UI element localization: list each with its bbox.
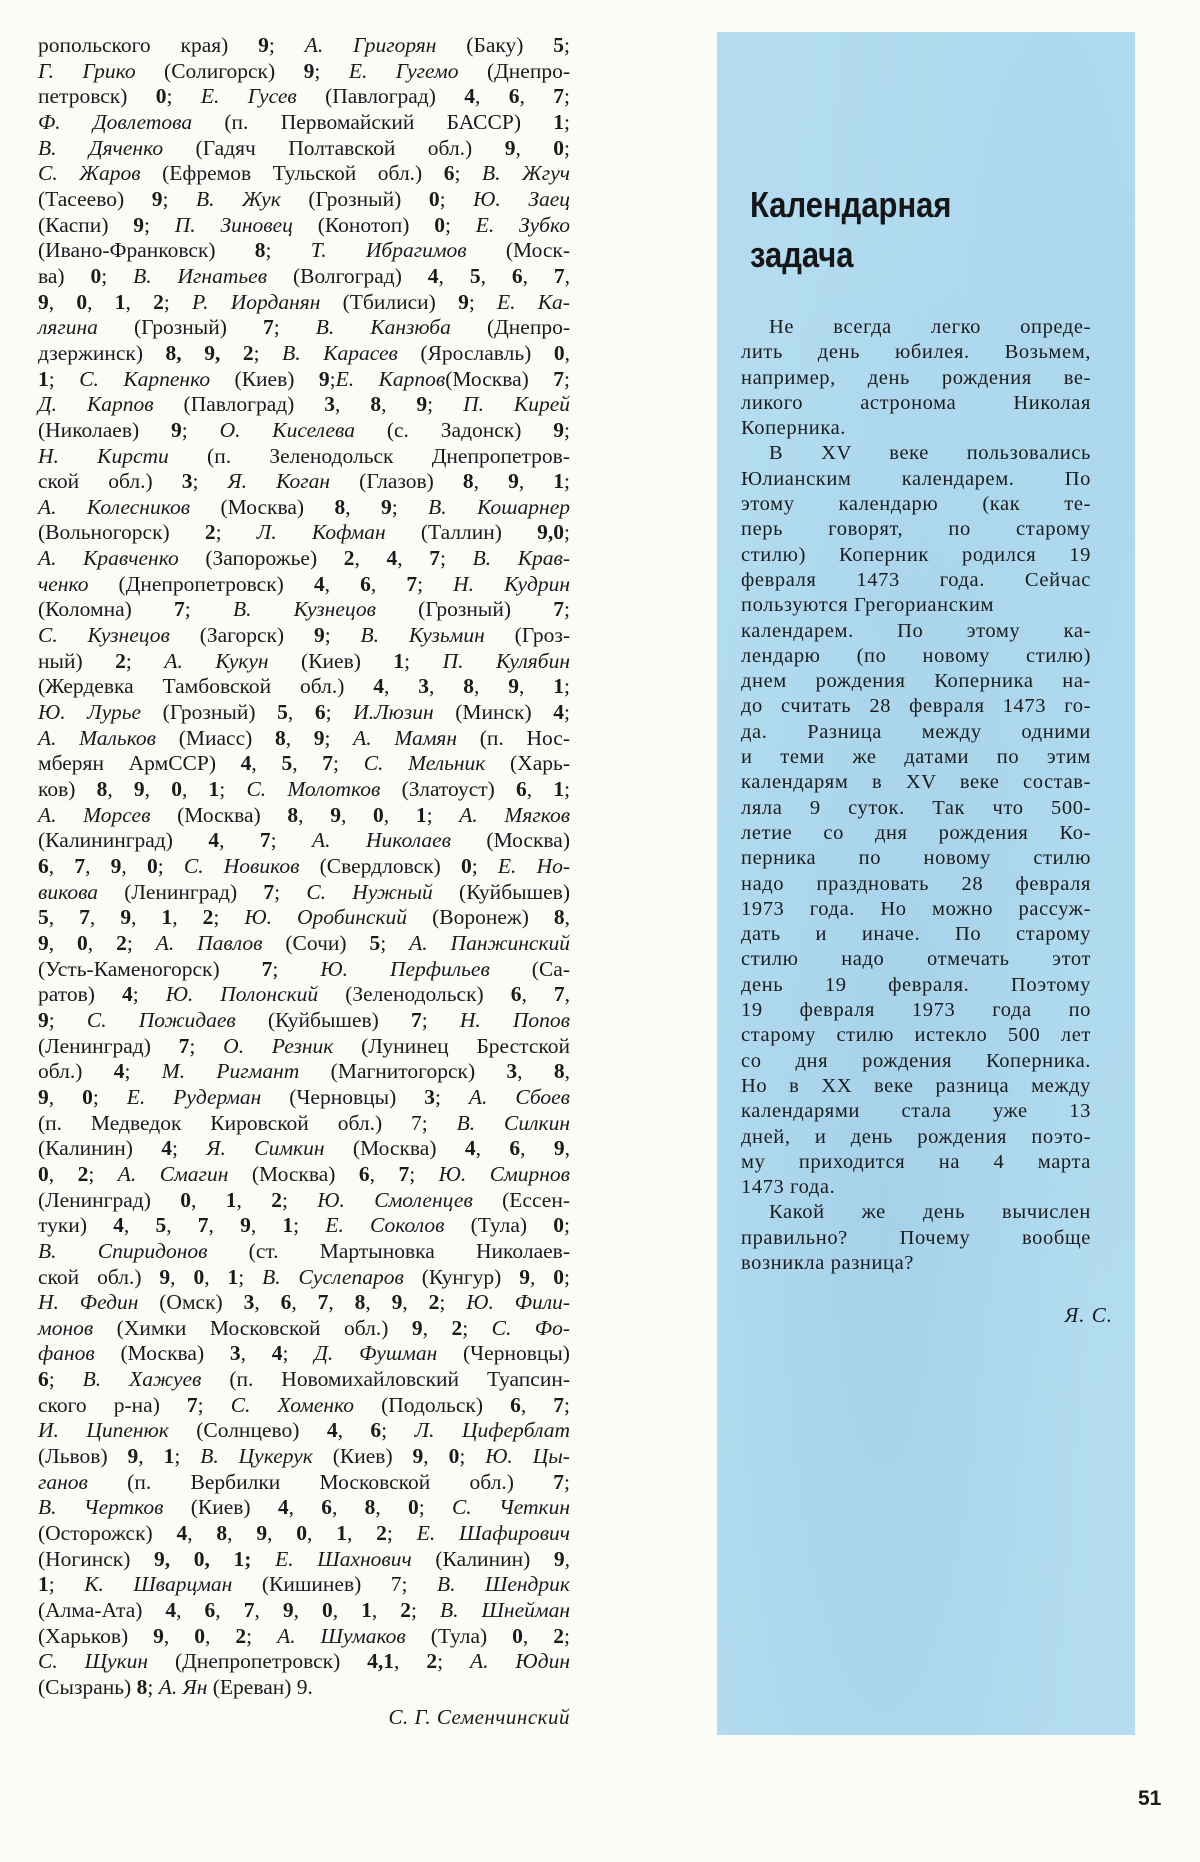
- list-text: ный): [38, 649, 115, 673]
- list-text: ,: [182, 777, 209, 801]
- list-text: (Ногинск): [38, 1547, 154, 1571]
- list-text: ,: [325, 572, 360, 596]
- list-text: (Гадяч Полтавской обл.): [163, 136, 505, 160]
- reader-name: С. Фо-: [492, 1316, 570, 1340]
- list-text: (Осторожск): [38, 1521, 176, 1545]
- list-text: ,: [85, 854, 111, 878]
- list-text: (Москва): [228, 1162, 359, 1186]
- answer-digits: 0: [296, 1521, 307, 1545]
- list-line: ропольского края) 9; А. Григорян (Баку) …: [38, 33, 570, 59]
- list-text: ;: [269, 33, 305, 57]
- list-text: ;: [427, 803, 460, 827]
- list-text: ;: [380, 931, 409, 955]
- list-line: В. Спиридонов (ст. Мартыновка Николаев-: [38, 1239, 570, 1265]
- list-line: 1; С. Карпенко (Киев) 9;Е. Карпов(Москва…: [38, 367, 570, 393]
- reader-name: А. Колесников: [38, 495, 190, 519]
- reader-name: Д. Фушман: [314, 1341, 437, 1365]
- answer-digits: 9: [128, 1444, 139, 1468]
- answer-digits: 7: [244, 1598, 255, 1622]
- list-line: ков) 8, 9, 0, 1; С. Молотков (Златоуст) …: [38, 777, 570, 803]
- reader-name: ганов: [38, 1470, 88, 1494]
- answer-digits: 4: [314, 572, 325, 596]
- list-line: В. Чертков (Киев) 4, 6, 8, 0; С. Четкин: [38, 1495, 570, 1521]
- reader-name: С. Молотков: [246, 777, 380, 801]
- reader-name: Ю. Перфильев: [320, 957, 489, 981]
- answer-digits: 9: [120, 905, 131, 929]
- list-text: (Сочи): [262, 931, 369, 955]
- list-text: ;: [564, 367, 570, 391]
- list-text: ,: [371, 572, 406, 596]
- list-text: ,: [375, 1495, 408, 1519]
- page-number: 51: [1138, 1787, 1161, 1811]
- list-text: ;: [164, 290, 192, 314]
- answer-digits: 5: [281, 751, 292, 775]
- list-line: 9, 0, 1, 2; Р. Иорданян (Тбилиси) 9; Е. …: [38, 290, 570, 316]
- answer-digits: 2: [429, 1290, 440, 1314]
- article-line: календарям в XV веке состав-: [741, 770, 1091, 795]
- list-text: ,: [397, 546, 429, 570]
- list-text: (Грозный): [98, 315, 263, 339]
- list-text: (Ярославль): [398, 341, 554, 365]
- list-text: (Моск-: [467, 238, 570, 262]
- answer-digits: 3: [244, 1290, 255, 1314]
- list-text: (Ессен-: [473, 1188, 570, 1212]
- list-text: (Вольногорск): [38, 520, 205, 544]
- answer-digits: 5: [38, 905, 49, 929]
- list-text: ;: [417, 572, 453, 596]
- list-text: ,: [423, 1316, 452, 1340]
- list-text: [251, 1547, 275, 1571]
- answer-digits: 1: [282, 1213, 293, 1237]
- answer-digits: 7: [322, 751, 333, 775]
- list-text: (Харьков): [38, 1624, 153, 1648]
- list-text: (Ленинград): [38, 1034, 179, 1058]
- answer-digits: 9: [38, 931, 49, 955]
- list-text: (Зеленодольск): [318, 982, 511, 1006]
- article-line: 19 февраля 1973 года по: [741, 998, 1091, 1023]
- list-line: (Харьков) 9, 0, 2; А. Шумаков (Тула) 0, …: [38, 1624, 570, 1650]
- list-text: (Москва): [190, 495, 334, 519]
- article-line: Юлианским календарем. По: [741, 467, 1091, 492]
- answer-digits: 0: [147, 854, 158, 878]
- list-line: С. Кузнецов (Загорск) 9; В. Кузьмин (Гро…: [38, 623, 570, 649]
- list-text: ;: [564, 84, 570, 108]
- list-text: ;: [564, 777, 570, 801]
- answer-digits: 7: [174, 597, 185, 621]
- list-text: (Воронеж): [407, 905, 554, 929]
- list-text: ,: [527, 777, 554, 801]
- article-signature: Я. С.: [1064, 1303, 1113, 1328]
- list-text: ;: [167, 84, 201, 108]
- reader-name: В. Дяченко: [38, 136, 163, 160]
- list-text: (Солнцево): [169, 1418, 327, 1442]
- answer-digits: 2: [203, 905, 214, 929]
- list-text: ,: [166, 1213, 198, 1237]
- list-text: ;: [314, 59, 348, 83]
- answer-digits: 5: [553, 33, 564, 57]
- reader-name: Ф. Довлетова: [38, 110, 192, 134]
- reader-name: лягина: [38, 315, 98, 339]
- list-text: ,: [286, 726, 314, 750]
- list-text: ;: [192, 469, 227, 493]
- answer-digits: 9: [171, 418, 182, 442]
- answer-digits: 9: [159, 1265, 170, 1289]
- list-text: ;: [564, 418, 570, 442]
- list-text: ;: [282, 1188, 317, 1212]
- answer-digits: 0: [553, 1213, 564, 1237]
- list-text: ,: [107, 777, 134, 801]
- list-text: ской обл.): [38, 469, 182, 493]
- answer-digits: 1: [161, 905, 172, 929]
- article-line: Но в XX веке разница между: [741, 1074, 1091, 1099]
- list-text: ,: [521, 982, 553, 1006]
- reader-name: А. Панжинский: [409, 931, 570, 955]
- list-text: ратов): [38, 982, 122, 1006]
- list-text: ,: [530, 1265, 553, 1289]
- answer-digits: 9: [258, 33, 269, 57]
- list-text: ,: [138, 1444, 163, 1468]
- list-text: (Конотоп): [293, 213, 434, 237]
- list-text: ;: [564, 1213, 570, 1237]
- list-line: (Жердевка Тамбовской обл.) 4, 3, 8, 9, 1…: [38, 674, 570, 700]
- answer-digits: 7: [554, 264, 565, 288]
- list-text: мберян АрмССР): [38, 751, 241, 775]
- reader-name: О. Резник: [223, 1034, 333, 1058]
- answer-digits: 3: [182, 469, 193, 493]
- answer-digits: 3: [506, 1059, 517, 1083]
- answer-digits: 6: [510, 1393, 521, 1417]
- answer-digits: 6: [359, 1162, 370, 1186]
- answer-digits: 4: [464, 84, 475, 108]
- reader-name: С. Новиков: [184, 854, 300, 878]
- article-line: до считать 28 февраля 1473 го-: [741, 694, 1091, 719]
- list-text: ;: [445, 213, 476, 237]
- list-line: 6, 7, 9, 0; С. Новиков (Свердловск) 0; Е…: [38, 854, 570, 880]
- list-text: ,: [335, 392, 370, 416]
- list-text: (Львов): [38, 1444, 128, 1468]
- answer-digits: 9: [133, 213, 144, 237]
- list-line: (п. Медведок Кировской обл.) 7; В. Силки…: [38, 1111, 570, 1137]
- answer-digits: 9: [240, 1213, 251, 1237]
- list-text: ;: [49, 367, 79, 391]
- answer-digits: 2: [451, 1316, 462, 1340]
- list-text: (Солигорск): [136, 59, 304, 83]
- list-text: (п. Нос-: [457, 726, 570, 750]
- list-text: ,: [394, 1649, 426, 1673]
- list-text: (Калинин): [412, 1547, 554, 1571]
- reader-name: В. Спиридонов: [38, 1239, 207, 1263]
- answer-digits: 6: [321, 1495, 332, 1519]
- list-text: (Павлоград): [297, 84, 465, 108]
- list-text: (Павлоград): [154, 392, 325, 416]
- reader-name: С. Кузнецов: [38, 623, 170, 647]
- reader-name: С. Пожидаев: [87, 1008, 236, 1032]
- list-text: ;: [238, 1265, 262, 1289]
- answer-digits: 2: [116, 931, 127, 955]
- answer-digits: 9: [554, 1136, 565, 1160]
- list-text: (Москва): [451, 828, 570, 852]
- answer-digits: 4: [465, 1136, 476, 1160]
- reader-name: Г. Грико: [38, 59, 136, 83]
- answer-digits: 4: [161, 1136, 172, 1160]
- answer-digits: 8: [370, 392, 381, 416]
- answer-digits: 6: [444, 161, 455, 185]
- list-text: (Киев): [163, 1495, 277, 1519]
- reader-name: А. Смагин: [118, 1162, 229, 1186]
- list-text: ;: [49, 1008, 87, 1032]
- answer-digits: 2: [78, 1162, 89, 1186]
- list-text: (Днепро-: [451, 315, 570, 339]
- article-line: му приходится на 4 марта: [741, 1150, 1091, 1175]
- answer-digits: 4: [272, 1341, 283, 1365]
- list-text: (Куйбышев): [236, 1008, 411, 1032]
- list-text: (Тбилиси): [320, 290, 458, 314]
- list-text: ;: [182, 418, 220, 442]
- list-line: лягина (Грозный) 7; В. Канзюба (Днепро-: [38, 315, 570, 341]
- list-text: ;: [185, 597, 233, 621]
- reader-name: В. Игнатьев: [133, 264, 267, 288]
- answer-digits: 1: [336, 1521, 347, 1545]
- list-text: ;: [564, 469, 570, 493]
- list-text: ;: [198, 1393, 231, 1417]
- article-line: лендарю (по новому стилю): [741, 644, 1091, 669]
- list-text: (п. Первомайский БАССР): [192, 110, 553, 134]
- list-text: ,: [565, 264, 570, 288]
- list-text: ,: [565, 905, 570, 929]
- list-text: ,: [90, 905, 120, 929]
- answer-digits: 8, 9, 2: [166, 341, 254, 365]
- list-text: ;: [564, 674, 570, 698]
- list-text: (Грозный): [141, 700, 277, 724]
- reader-name: Ю. Фили-: [466, 1290, 570, 1314]
- list-line: ва) 0; В. Игнатьев (Волгоград) 4, 5, 6, …: [38, 264, 570, 290]
- article-line: Какой же день вычислен: [741, 1200, 1091, 1225]
- list-line: В. Дяченко (Гадяч Полтавской обл.) 9, 0;: [38, 136, 570, 162]
- reader-name: А. Павлов: [156, 931, 263, 955]
- answer-digits: 9: [319, 367, 330, 391]
- list-text: ,: [523, 1624, 553, 1648]
- answer-digits: 5: [277, 700, 288, 724]
- answer-digits: 7: [318, 1290, 329, 1314]
- answer-digits: 6: [511, 982, 522, 1006]
- answer-digits: 9: [505, 136, 516, 160]
- list-text: ,: [520, 1136, 554, 1160]
- list-text: (Сызрань): [38, 1675, 137, 1699]
- reader-name: Е. Шафирович: [417, 1521, 570, 1545]
- list-text: (Черновцы): [261, 1085, 424, 1109]
- answer-digits: 8: [554, 1059, 565, 1083]
- list-text: (Калининград): [38, 828, 208, 852]
- article-line: дней, и день рождения поэто-: [741, 1125, 1091, 1150]
- list-text: ;: [439, 1290, 466, 1314]
- list-text: ,: [341, 803, 373, 827]
- reader-name: В. Чертков: [38, 1495, 163, 1519]
- list-text: ;: [419, 1495, 452, 1519]
- answer-digits: 2: [426, 1649, 437, 1673]
- list-text: (Волгоград): [267, 264, 428, 288]
- list-line: мберян АрмССР) 4, 5, 7; С. Мельник (Харь…: [38, 751, 570, 777]
- list-text: ,: [517, 1059, 554, 1083]
- article-line: этому календарю (как те-: [741, 492, 1091, 517]
- list-text: ;: [174, 1444, 200, 1468]
- answer-digits: 1: [416, 803, 427, 827]
- answer-digits: 8: [216, 1521, 227, 1545]
- reader-name: С. Хоменко: [231, 1393, 354, 1417]
- list-text: ,: [365, 1290, 391, 1314]
- reader-name: И.Люзин: [353, 700, 433, 724]
- list-text: ,: [333, 1598, 361, 1622]
- list-text: ;: [455, 161, 483, 185]
- article-line: да. Разница между одними: [741, 720, 1091, 745]
- answer-digits: 7: [553, 367, 564, 391]
- list-text: ,: [289, 1495, 322, 1519]
- reader-name: монов: [38, 1316, 93, 1340]
- list-text: (Днепропетровск): [88, 572, 313, 596]
- list-text: (Миасс): [156, 726, 275, 750]
- article-body: Не всегда легко опреде-лить день юбилея.…: [741, 315, 1091, 1276]
- list-text: (с. Задонск): [355, 418, 553, 442]
- reader-name: фанов: [38, 1341, 95, 1365]
- answer-digits: 6: [512, 264, 523, 288]
- answer-digits: 6: [516, 777, 527, 801]
- author-signature: С. Г. Семенчинский: [320, 1705, 570, 1730]
- list-text: петровск): [38, 84, 156, 108]
- answer-digits: 7: [263, 880, 274, 904]
- answer-digits: 6: [281, 1290, 292, 1314]
- list-line: петровск) 0; Е. Гусев (Павлоград) 4, 6, …: [38, 84, 570, 110]
- article-line: ликого астронома Николая: [741, 391, 1091, 416]
- reader-name: Е. Соколов: [325, 1213, 444, 1237]
- list-text: ,: [288, 700, 315, 724]
- reader-name: В. Крав-: [473, 546, 570, 570]
- list-text: (Са-: [490, 957, 570, 981]
- answer-digits: 6: [38, 1367, 49, 1391]
- list-text: ;: [172, 1136, 206, 1160]
- list-text: ,: [565, 341, 570, 365]
- article-line: например, день рождения ве-: [741, 366, 1091, 391]
- list-text: (Москва): [150, 803, 287, 827]
- list-text: ,: [565, 982, 570, 1006]
- list-text: (п. Зеленодольск Днепропетров-: [169, 444, 570, 468]
- list-text: ;: [435, 1085, 469, 1109]
- list-text: ,: [254, 1290, 280, 1314]
- reader-name: Ю. Оробинский: [244, 905, 407, 929]
- reader-name: А. Ян: [159, 1675, 208, 1699]
- list-text: ,: [565, 1547, 570, 1571]
- answer-digits: 4: [208, 828, 219, 852]
- list-text: ,: [49, 854, 75, 878]
- list-text: ,: [439, 264, 470, 288]
- list-text: ,: [49, 905, 79, 929]
- answer-digits: 0: [512, 1624, 523, 1648]
- list-text: (Черновцы): [437, 1341, 570, 1365]
- list-line: А. Мальков (Миасс) 8, 9; А. Мамян (п. Но…: [38, 726, 570, 752]
- list-text: ,: [294, 1598, 322, 1622]
- answer-digits: 8: [334, 495, 345, 519]
- reader-name: П. Зиновец: [175, 213, 293, 237]
- list-text: ;: [271, 828, 312, 852]
- article-line: календарем. По этому ка-: [741, 619, 1091, 644]
- reader-name: В. Силкин: [457, 1111, 570, 1135]
- list-text: ;: [125, 1059, 162, 1083]
- answer-digits: 9: [413, 1444, 424, 1468]
- answer-digits: 2: [376, 1521, 387, 1545]
- list-text: (Гроз-: [485, 623, 570, 647]
- reader-name: В. Кузьмин: [361, 623, 485, 647]
- list-text: ;: [564, 520, 570, 544]
- list-text: ;: [126, 649, 164, 673]
- answer-digits: 8: [355, 1290, 366, 1314]
- answer-digits: 7: [198, 1213, 209, 1237]
- list-text: (Тула): [444, 1213, 553, 1237]
- list-text: ,: [215, 1598, 243, 1622]
- answer-digits: 8: [287, 803, 298, 827]
- list-text: (п. Вербилки Московской обл.): [88, 1470, 553, 1494]
- reader-name: Ю. Цы-: [485, 1444, 570, 1468]
- reader-name: С. Мельник: [364, 751, 486, 775]
- answer-digits: 8: [463, 674, 474, 698]
- answer-digits: 0: [171, 777, 182, 801]
- reader-name: Н. Попов: [460, 1008, 570, 1032]
- reader-name: Ю. Лурье: [38, 700, 141, 724]
- reader-name: Н. Федин: [38, 1290, 138, 1314]
- list-line: обл.) 4; М. Ригмант (Магнитогорск) 3, 8,: [38, 1059, 570, 1085]
- answer-digits: 2: [271, 1188, 282, 1212]
- reader-name: Н. Кирсти: [38, 444, 169, 468]
- list-line: (Львов) 9, 1; В. Цукерук (Киев) 9, 0; Ю.…: [38, 1444, 570, 1470]
- reader-name: В. Кошарнер: [428, 495, 570, 519]
- list-text: ,: [474, 674, 508, 698]
- list-text: ;: [564, 597, 570, 621]
- answer-digits: 0: [38, 1162, 49, 1186]
- list-line: 5, 7, 9, 1, 2; Ю. Оробинский (Воронеж) 8…: [38, 905, 570, 931]
- list-line: Н. Федин (Омск) 3, 6, 7, 8, 9, 2; Ю. Фил…: [38, 1290, 570, 1316]
- list-line: ганов (п. Вербилки Московской обл.) 7;: [38, 1470, 570, 1496]
- answer-digits: 8: [365, 1495, 376, 1519]
- list-text: ,: [345, 495, 381, 519]
- list-line: 6; В. Хажуев (п. Новомихайловский Туапси…: [38, 1367, 570, 1393]
- answer-digits: 4: [428, 264, 439, 288]
- list-text: ;: [147, 1675, 158, 1699]
- answer-digits: 9: [458, 290, 469, 314]
- list-text: ,: [381, 392, 416, 416]
- list-text: ;: [437, 1649, 470, 1673]
- list-text: ,: [131, 905, 161, 929]
- reader-name: С. Нужный: [306, 880, 432, 904]
- reader-name: В. Хажуев: [83, 1367, 202, 1391]
- list-text: (Лунинец Брестской: [333, 1034, 570, 1058]
- list-text: (Москва): [325, 1136, 465, 1160]
- list-text: ;: [387, 1521, 417, 1545]
- reader-name: В. Жгуч: [482, 161, 570, 185]
- article-line: В XV веке пользовались: [741, 441, 1091, 466]
- reader-name: В. Жук: [196, 187, 281, 211]
- answer-digits: 9: [38, 290, 49, 314]
- list-text: ;: [219, 777, 246, 801]
- article-line: дать и иначе. По старому: [741, 922, 1091, 947]
- list-text: ;: [283, 1341, 315, 1365]
- answer-digits: 6: [370, 1418, 381, 1442]
- answer-digits: 9: [330, 803, 341, 827]
- answer-digits: 4: [165, 1598, 176, 1622]
- reader-name: Е. Карпов: [336, 367, 446, 391]
- list-line: ный) 2; А. Кукун (Киев) 1; П. Кулябин: [38, 649, 570, 675]
- answer-digits: 4: [553, 700, 564, 724]
- list-text: ва): [38, 264, 90, 288]
- answer-digits: 0: [434, 213, 445, 237]
- answer-digits: 0: [449, 1444, 460, 1468]
- list-text: ;: [49, 1367, 83, 1391]
